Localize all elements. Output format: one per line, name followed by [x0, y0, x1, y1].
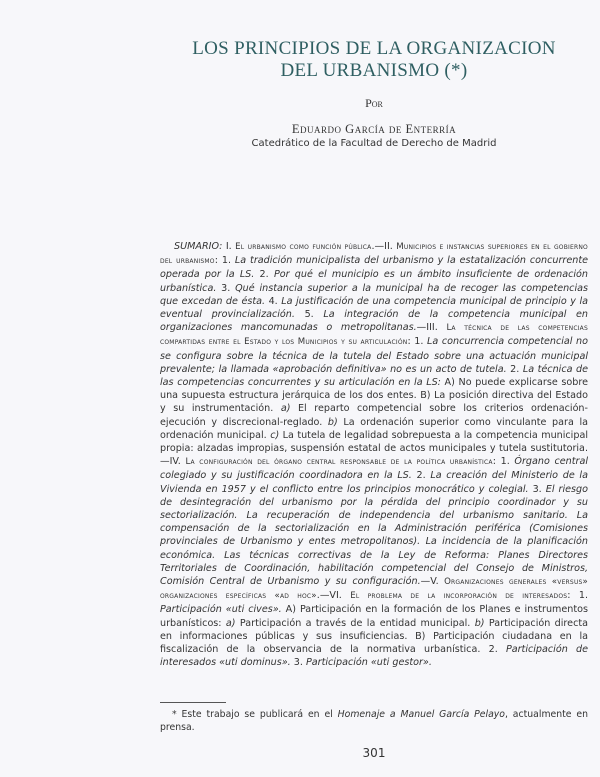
summary-segment: 4.: [265, 296, 281, 307]
summary-segment: 2.: [254, 269, 274, 280]
summary-segment: 2.: [412, 470, 431, 481]
summary-paragraph: SUMARIO: I. El urbanismo como función pú…: [160, 240, 588, 670]
summary-segment: Participación a través de la entidad mun…: [236, 618, 475, 629]
summary-segment: La configuración del órgano central resp…: [185, 457, 492, 467]
summary-segment: 2.: [507, 364, 523, 375]
footnote: * Este trabajo se publicará en el Homena…: [160, 708, 588, 734]
summary-body: I. El urbanismo como función pública.—II…: [160, 241, 588, 668]
summary-segment: b): [475, 618, 485, 629]
summary-segment: a): [226, 618, 236, 629]
summary-segment: .—II.: [372, 241, 397, 252]
footnote-divider: [160, 702, 226, 703]
summary-segment: 3.: [529, 484, 546, 495]
document-page: LOS PRINCIPIOS DE LA ORGANIZACION DEL UR…: [0, 0, 600, 777]
page-number: 301: [160, 746, 588, 760]
summary-segment: 3.: [216, 283, 235, 294]
summary-segment: : 1.: [215, 255, 235, 266]
summary-segment: .—VI.: [317, 590, 350, 601]
summary-segment: 5.: [295, 309, 323, 320]
summary-segment: c): [270, 430, 279, 441]
summary-segment: b): [328, 417, 338, 428]
title-line-1: LOS PRINCIPIOS DE LA ORGANIZACION: [160, 38, 588, 60]
title-line-2: DEL URBANISMO (*): [160, 60, 588, 82]
article-title: LOS PRINCIPIOS DE LA ORGANIZACION DEL UR…: [160, 38, 588, 82]
footnote-italic-title: Homenaje a Manuel García Pelayo: [338, 709, 505, 720]
summary-segment: 3.: [291, 657, 306, 668]
footnote-text-before: Este trabajo se publicará en el: [177, 709, 338, 720]
summary-segment: —V.: [421, 576, 444, 587]
author-name: Eduardo García de Enterría: [160, 122, 588, 137]
summary-segment: Participación «uti gestor».: [306, 657, 432, 668]
author-affiliation: Catedrático de la Facultad de Derecho de…: [160, 138, 588, 149]
summary-segment: —III.: [417, 322, 447, 333]
summary-segment: I.: [222, 241, 235, 252]
summary-segment: : 1.: [407, 336, 427, 347]
summary-segment: El urbanismo como función pública: [235, 242, 371, 252]
summary-segment: : 1.: [493, 456, 515, 467]
byline-label: Por: [160, 96, 588, 111]
summary-segment: a): [281, 403, 291, 414]
summary-segment: El riesgo de desintegración del urbanism…: [160, 484, 588, 587]
summary-segment: El problema de la incorporación de inter…: [350, 591, 567, 601]
summary-segment: : 1.: [567, 590, 588, 601]
summary-segment: Participación «uti cives».: [160, 604, 282, 615]
summary-lead: SUMARIO:: [174, 241, 222, 252]
